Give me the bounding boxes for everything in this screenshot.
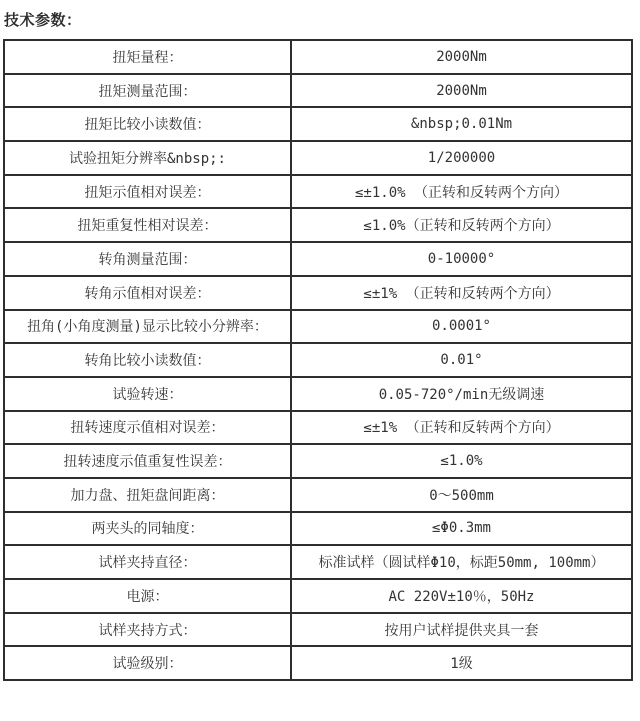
table-row: 扭转速度示值相对误差：≤±1% （正转和反转两个方向） [4, 411, 632, 445]
param-value-cell: AC 220V±10％，50Hz [291, 579, 632, 613]
param-value-cell: 按用户试样提供夹具一套 [291, 613, 632, 647]
param-label-cell: 加力盘、扭矩盘间距离： [4, 478, 291, 512]
parameters-table: 扭矩量程：2000Nm扭矩测量范围：2000Nm扭矩比较小读数值：&nbsp;0… [3, 39, 633, 681]
table-row: 转角比较小读数值：0.01° [4, 343, 632, 377]
table-row: 扭矩比较小读数值：&nbsp;0.01Nm [4, 107, 632, 141]
param-label-cell: 试验级别： [4, 646, 291, 680]
param-value-cell: ≤Φ0.3mm [291, 512, 632, 546]
parameters-table-body: 扭矩量程：2000Nm扭矩测量范围：2000Nm扭矩比较小读数值：&nbsp;0… [4, 40, 632, 680]
param-label-cell: 扭矩比较小读数值： [4, 107, 291, 141]
param-label-cell: 转角测量范围： [4, 242, 291, 276]
table-row: 转角示值相对误差：≤±1% （正转和反转两个方向） [4, 276, 632, 310]
table-row: 电源：AC 220V±10％，50Hz [4, 579, 632, 613]
param-label-cell: 两夹头的同轴度： [4, 512, 291, 546]
param-value-cell: ≤1.0% [291, 444, 632, 478]
param-label-cell: 扭转速度示值重复性误差： [4, 444, 291, 478]
param-value-cell: ≤1.0%（正转和反转两个方向） [291, 208, 632, 242]
param-value-cell: ≤±1.0% （正转和反转两个方向） [291, 175, 632, 209]
param-value-cell: 0.05-720°/min无级调速 [291, 377, 632, 411]
table-row: 扭矩量程：2000Nm [4, 40, 632, 74]
table-row: 扭矩重复性相对误差：≤1.0%（正转和反转两个方向） [4, 208, 632, 242]
param-value-cell: 0.01° [291, 343, 632, 377]
table-row: 扭角(小角度测量)显示比较小分辨率：0.0001° [4, 310, 632, 344]
param-label-cell: 试样夹持直径： [4, 545, 291, 579]
param-label-cell: 电源： [4, 579, 291, 613]
table-row: 扭矩测量范围：2000Nm [4, 74, 632, 108]
param-value-cell: 2000Nm [291, 74, 632, 108]
param-value-cell: 1级 [291, 646, 632, 680]
param-label-cell: 扭矩测量范围： [4, 74, 291, 108]
page-title: 技术参数： [4, 9, 634, 30]
table-row: 试验转速：0.05-720°/min无级调速 [4, 377, 632, 411]
table-row: 试验级别：1级 [4, 646, 632, 680]
param-value-cell: ≤±1% （正转和反转两个方向） [291, 411, 632, 445]
param-label-cell: 试验转速： [4, 377, 291, 411]
table-row: 试样夹持方式：按用户试样提供夹具一套 [4, 613, 632, 647]
param-value-cell: 2000Nm [291, 40, 632, 74]
table-row: 扭转速度示值重复性误差：≤1.0% [4, 444, 632, 478]
param-label-cell: 转角示值相对误差： [4, 276, 291, 310]
param-value-cell: ≤±1% （正转和反转两个方向） [291, 276, 632, 310]
param-label-cell: 扭矩重复性相对误差： [4, 208, 291, 242]
param-label-cell: 扭角(小角度测量)显示比较小分辨率： [4, 310, 291, 344]
table-row: 试验扭矩分辨率&nbsp;:1/200000 [4, 141, 632, 175]
param-value-cell: &nbsp;0.01Nm [291, 107, 632, 141]
page: 技术参数： 扭矩量程：2000Nm扭矩测量范围：2000Nm扭矩比较小读数值：&… [0, 0, 640, 681]
param-label-cell: 扭矩量程： [4, 40, 291, 74]
table-row: 两夹头的同轴度：≤Φ0.3mm [4, 512, 632, 546]
table-row: 转角测量范围：0-10000° [4, 242, 632, 276]
param-label-cell: 扭转速度示值相对误差： [4, 411, 291, 445]
param-value-cell: 0～500mm [291, 478, 632, 512]
table-row: 加力盘、扭矩盘间距离：0～500mm [4, 478, 632, 512]
table-row: 试样夹持直径：标准试样（圆试样Φ10，标距50mm, 100mm） [4, 545, 632, 579]
param-label-cell: 试样夹持方式： [4, 613, 291, 647]
param-value-cell: 0-10000° [291, 242, 632, 276]
param-value-cell: 标准试样（圆试样Φ10，标距50mm, 100mm） [291, 545, 632, 579]
param-label-cell: 试验扭矩分辨率&nbsp;: [4, 141, 291, 175]
param-value-cell: 1/200000 [291, 141, 632, 175]
param-label-cell: 转角比较小读数值： [4, 343, 291, 377]
table-row: 扭矩示值相对误差：≤±1.0% （正转和反转两个方向） [4, 175, 632, 209]
param-label-cell: 扭矩示值相对误差： [4, 175, 291, 209]
param-value-cell: 0.0001° [291, 310, 632, 344]
